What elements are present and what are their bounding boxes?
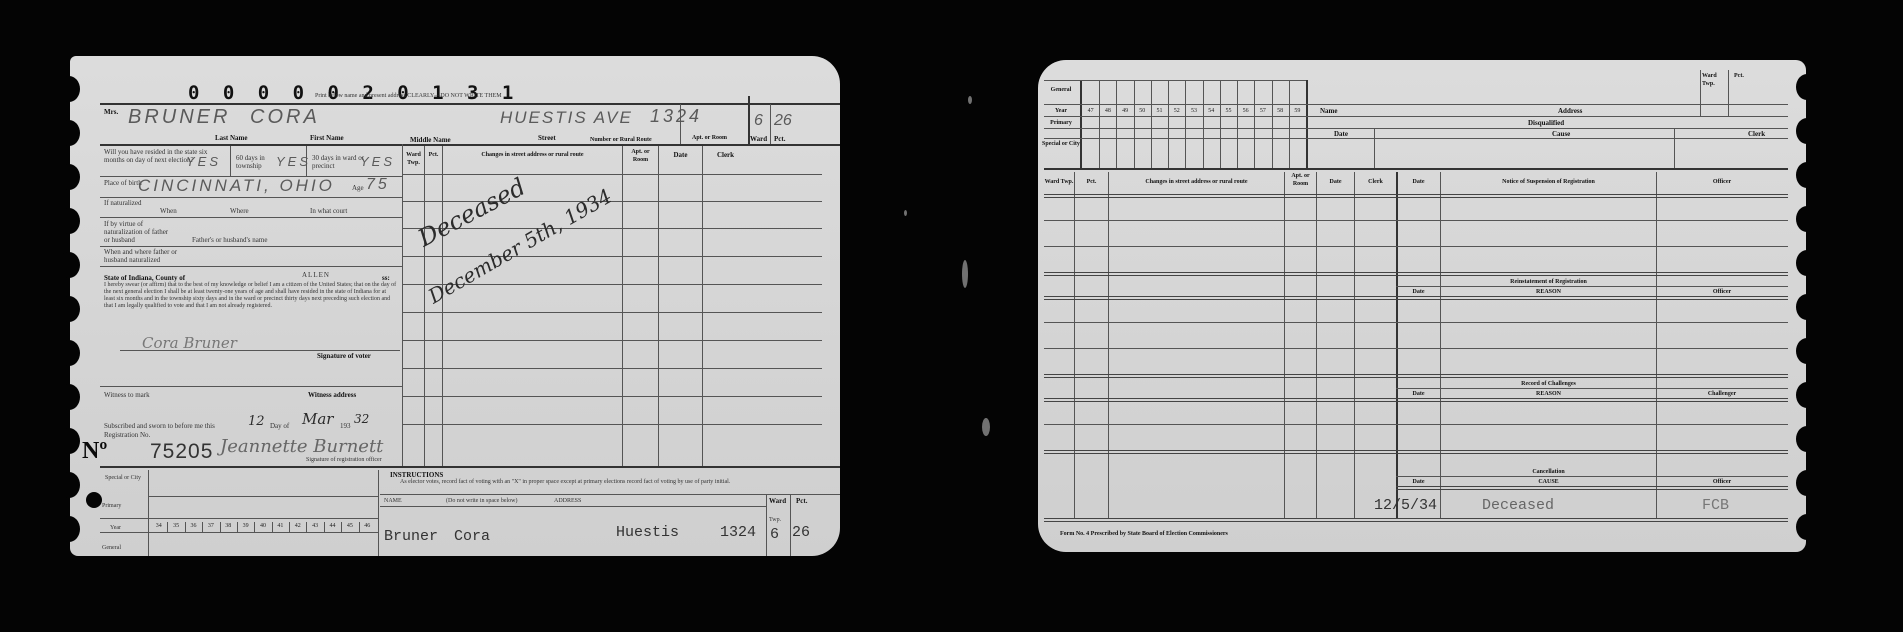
house-number-value: 1324	[650, 106, 702, 127]
instructions-twp-label: Twp.	[769, 516, 781, 524]
signature-line	[120, 350, 400, 351]
grid-column-line	[289, 522, 290, 532]
card-notch	[58, 120, 80, 146]
divider	[100, 266, 402, 267]
naturalized-where-label: Where	[230, 207, 249, 215]
title-prefix: Mrs.	[104, 108, 118, 116]
card-notch	[1796, 250, 1818, 276]
grid-column-line	[1168, 80, 1169, 168]
divider	[100, 217, 402, 218]
divider	[100, 532, 378, 533]
instructions-ward-label: Ward	[769, 497, 786, 505]
divider	[378, 470, 379, 556]
card-notch	[1796, 206, 1818, 232]
cancellation-header-date: Date	[1397, 478, 1440, 486]
grid-column-line	[1237, 80, 1238, 168]
card-notch	[58, 296, 80, 322]
pct-label: Pct.	[1734, 72, 1744, 80]
first-name-value: CORA	[250, 106, 320, 129]
card-notch	[1796, 382, 1818, 408]
ward-label: Ward	[750, 135, 767, 143]
last-name-value: BRUNER	[128, 106, 230, 129]
divider	[1396, 172, 1398, 518]
instructions-no-write: (Do not write in space below)	[446, 497, 517, 505]
header-instructions: Print below name and present address CLE…	[315, 92, 502, 100]
grid-column-line	[220, 522, 221, 532]
ward-twp-label: Ward Twp.	[1702, 72, 1726, 88]
divider	[1074, 172, 1075, 518]
number-mark: Nº	[82, 438, 107, 465]
instructions-name-label: NAME	[384, 497, 402, 505]
divider	[702, 146, 703, 466]
divider	[1396, 286, 1788, 287]
grid-column-line	[324, 522, 325, 532]
subscribed-month: Mar	[302, 410, 333, 428]
card-notch	[1796, 74, 1818, 100]
instructions-pct-label: Pct.	[796, 497, 807, 505]
changes-header-address: Changes in street address or rural route	[1109, 178, 1284, 186]
grid-label-special: Special or City	[100, 474, 146, 482]
divider	[1284, 172, 1285, 518]
divider	[148, 470, 149, 556]
age-value: 75	[366, 176, 390, 194]
dust-speck	[982, 418, 990, 436]
grid-column-line	[1185, 80, 1186, 168]
table-row-line	[402, 424, 822, 425]
changes-header-pct: Pct.	[1075, 178, 1108, 186]
table-row-line	[402, 174, 822, 175]
disqualified-clerk-label: Clerk	[1748, 130, 1765, 138]
grid-label-year: Year	[1042, 107, 1080, 115]
changes-header-date: Date	[659, 151, 702, 159]
ss-label: ss:	[382, 274, 390, 282]
grid-column-line	[1134, 80, 1135, 168]
challenges-header-reason: REASON	[1441, 390, 1656, 398]
grid-label-primary: Primary	[1042, 119, 1080, 127]
middle-name-label: Middle Name	[410, 136, 451, 144]
grid-label-primary: Primary	[102, 502, 121, 510]
table-row-line	[1044, 246, 1788, 247]
cancellation-title: Cancellation	[1441, 468, 1656, 476]
divider	[100, 144, 840, 146]
divider	[1354, 172, 1355, 518]
grid-column-line	[272, 522, 273, 532]
grid-column-line	[1203, 80, 1204, 168]
year-cell: 43	[306, 523, 323, 529]
instructions-text: As elector votes, record fact of voting …	[400, 479, 810, 486]
punch-hole	[86, 492, 102, 508]
divider	[1440, 172, 1441, 518]
grid-label-general: General	[1042, 86, 1080, 94]
divider	[1396, 486, 1788, 490]
number-label: Number or Rural Route	[590, 136, 652, 144]
changes-header-ward: Ward Twp.	[1044, 178, 1074, 186]
card-notch	[58, 76, 80, 102]
grid-column-line	[1272, 80, 1273, 168]
divider	[1044, 194, 1788, 198]
divider	[100, 386, 402, 387]
reinstatement-header-reason: REASON	[1441, 288, 1656, 296]
suspension-header-notice: Notice of Suspension of Registration	[1441, 178, 1656, 186]
divider	[148, 496, 378, 497]
divider	[1728, 70, 1729, 116]
registration-number: 75205	[150, 440, 213, 464]
virtue-label: If by virtue of naturalization of father…	[104, 220, 174, 244]
grid-column-line	[202, 522, 203, 532]
table-row-line	[1044, 220, 1788, 221]
divider	[658, 146, 659, 466]
card-notch	[1796, 426, 1818, 452]
card-notch	[58, 516, 80, 542]
dust-speck	[968, 96, 972, 104]
reinstatement-header-officer: Officer	[1657, 288, 1787, 296]
divider	[1674, 128, 1675, 168]
address-label: Address	[1558, 107, 1582, 115]
divider	[442, 146, 443, 466]
subscribed-day: 12	[248, 414, 265, 429]
oath-text: I hereby swear (or affirm) that to the b…	[104, 282, 398, 310]
pct-value: 26	[774, 112, 792, 130]
divider	[100, 518, 378, 519]
divider	[1374, 128, 1375, 168]
divider	[1396, 388, 1788, 389]
naturalized-court-label: In what court	[310, 207, 347, 215]
typed-ward: 6	[770, 526, 779, 543]
divider	[100, 246, 402, 247]
suspension-header-date: Date	[1397, 178, 1440, 186]
table-row-line	[402, 312, 822, 313]
cancellation-cause: Deceased	[1482, 497, 1554, 514]
changes-header-ward: Ward Twp.	[403, 151, 424, 167]
table-row-line	[1044, 348, 1788, 349]
table-row-line	[402, 340, 822, 341]
grid-column-line	[1220, 80, 1221, 168]
grid-column-line	[167, 522, 168, 532]
card-notch	[58, 164, 80, 190]
signature-label: Signature of voter	[317, 352, 371, 360]
divider	[230, 146, 231, 176]
ward-residency-answer: YES	[360, 154, 395, 169]
naturalized-label: If naturalized	[104, 199, 154, 207]
birth-value: CINCINNATI, OHIO	[138, 176, 335, 196]
card-notch	[58, 208, 80, 234]
name-label: Name	[1320, 107, 1338, 115]
grid-column-line	[237, 522, 238, 532]
state-residency-answer: YES	[186, 154, 221, 169]
typed-last-name: Bruner	[384, 528, 438, 545]
typed-first-name: Cora	[454, 528, 490, 545]
registration-number-label: Registration No.	[104, 431, 150, 439]
grid-column-line	[341, 522, 342, 532]
changes-header-address: Changes in street address or rural route	[443, 151, 622, 159]
card-notch	[58, 252, 80, 278]
subscribed-year: 32	[354, 412, 369, 426]
divider	[380, 494, 840, 495]
last-name-label: Last Name	[215, 134, 247, 142]
divider	[100, 197, 402, 198]
divider	[100, 466, 840, 468]
subscribed-label: Subscribed and sworn to before me this	[104, 422, 215, 430]
pct-label: Pct.	[774, 135, 785, 143]
divider	[1044, 296, 1788, 300]
disqualified-cause-label: Cause	[1552, 130, 1570, 138]
divider	[766, 494, 767, 556]
age-label: Age	[352, 184, 364, 192]
table-row-line	[402, 396, 822, 397]
card-notch	[58, 428, 80, 454]
divider	[790, 494, 791, 556]
table-row-line	[1044, 322, 1788, 323]
grid-label-year: Year	[110, 524, 121, 532]
changes-header-apt: Apt. or Room	[623, 148, 658, 164]
divider	[1044, 272, 1788, 276]
challenges-header-challenger: Challenger	[1657, 390, 1787, 398]
disqualified-date-label: Date	[1334, 130, 1348, 138]
challenges-title: Record of Challenges	[1441, 380, 1656, 388]
divider	[402, 144, 403, 466]
registration-officer-label: Signature of registration officer	[306, 456, 382, 464]
grid-label-general: General	[102, 544, 121, 552]
changes-header-apt: Apt. or Room	[1285, 172, 1316, 188]
divider	[770, 104, 771, 144]
changes-header-pct: Pct.	[425, 151, 442, 159]
grid-column-line	[1116, 80, 1117, 168]
card-notch	[1796, 162, 1818, 188]
grid-column-line	[306, 522, 307, 532]
divider	[1316, 172, 1317, 518]
grid-column-line	[1289, 80, 1290, 168]
card-notch	[58, 340, 80, 366]
grid-column-line	[1099, 80, 1100, 168]
year-cell: 46	[359, 523, 376, 529]
divider	[380, 506, 766, 507]
year-row: 34353637383940414243444546	[150, 522, 376, 532]
year-cell: 35	[167, 523, 184, 529]
card-notch	[1796, 294, 1818, 320]
cancellation-header-officer: Officer	[1657, 478, 1787, 486]
divider	[622, 146, 623, 466]
challenges-header-date: Date	[1397, 390, 1440, 398]
divider	[1044, 398, 1788, 402]
year-cell: 44	[324, 523, 341, 529]
divider	[1044, 518, 1788, 522]
registration-card-back: General Year Primary Special or City 474…	[1038, 60, 1806, 552]
year-cell: 38	[220, 523, 237, 529]
typed-house-number: 1324	[720, 524, 756, 541]
card-notch	[1796, 118, 1818, 144]
cancellation-date: 12/5/34	[1374, 497, 1437, 514]
street-value: HUESTIS AVE	[500, 108, 633, 128]
divider	[1700, 70, 1701, 116]
cancellation-header-cause: CAUSE	[1441, 478, 1656, 486]
witness-mark-label: Witness to mark	[104, 391, 150, 399]
year-cell: 40	[254, 523, 271, 529]
card-notch	[58, 384, 80, 410]
registration-card-front: 0 0 0 0 0 2 0 1 3 1 Print below name and…	[70, 56, 840, 556]
divider	[1656, 172, 1657, 518]
table-row-line	[402, 368, 822, 369]
year-cell: 36	[185, 523, 202, 529]
witness-address-label: Witness address	[308, 391, 356, 399]
dust-speck	[962, 260, 968, 288]
day-of-label: Day of	[270, 422, 289, 430]
reinstatement-title: Reinstatement of Registration	[1441, 278, 1656, 286]
card-notch	[1796, 470, 1818, 496]
year-cell: 45	[341, 523, 358, 529]
grid-label-special: Special or City	[1042, 140, 1080, 148]
naturalized-when-label: When	[160, 207, 177, 215]
grid-column-line	[185, 522, 186, 532]
grid-column-line	[1254, 80, 1255, 168]
grid-column-line	[359, 522, 360, 532]
divider	[100, 103, 840, 105]
card-notch	[1796, 338, 1818, 364]
year-cell: 42	[289, 523, 306, 529]
cancellation-officer: FCB	[1702, 497, 1729, 514]
divider	[1044, 374, 1788, 378]
divider	[680, 104, 681, 144]
father-husband-name-label: Father's or husband's name	[192, 236, 267, 244]
registration-officer-signature: Jeannette Burnett	[220, 436, 383, 457]
divider	[1044, 168, 1788, 170]
divider	[1306, 80, 1308, 170]
dust-speck	[904, 210, 907, 216]
divider	[1396, 476, 1788, 477]
disqualified-label: Disqualified	[1528, 119, 1564, 127]
suspension-header-officer: Officer	[1657, 178, 1787, 186]
father-naturalized-label: When and where father or husband natural…	[104, 248, 194, 264]
street-label: Street	[538, 134, 556, 142]
year-cell: 41	[272, 523, 289, 529]
ward-value: 6	[754, 112, 763, 130]
instructions-address-label: ADDRESS	[554, 497, 581, 505]
table-row-line	[402, 256, 822, 257]
table-row-line	[1044, 424, 1788, 425]
apt-label: Apt. or Room	[692, 134, 727, 142]
card-notch	[58, 472, 80, 498]
state-county-label: State of Indiana, County of	[104, 274, 185, 282]
first-name-label: First Name	[310, 134, 344, 142]
divider	[1108, 172, 1109, 518]
typed-street: Huestis	[616, 524, 679, 541]
year-cell: 39	[237, 523, 254, 529]
year-cell: 34	[150, 523, 167, 529]
county-value: ALLEN	[302, 271, 330, 279]
year-prefix-label: 193	[340, 422, 351, 430]
changes-header-date: Date	[1317, 178, 1354, 186]
year-cell: 37	[202, 523, 219, 529]
typed-pct: 26	[792, 524, 810, 541]
changes-header-clerk: Clerk	[1355, 178, 1396, 186]
grid-columns	[1082, 80, 1306, 168]
grid-column-line	[1151, 80, 1152, 168]
form-footer: Form No. 4 Prescribed by State Board of …	[1060, 530, 1228, 538]
reinstatement-header-date: Date	[1397, 288, 1440, 296]
divider	[424, 146, 425, 466]
divider	[306, 146, 307, 176]
divider	[1044, 450, 1788, 454]
card-notch	[1796, 514, 1818, 540]
instructions-title: INSTRUCTIONS	[390, 471, 443, 479]
changes-header-clerk: Clerk	[703, 151, 748, 159]
grid-column-line	[254, 522, 255, 532]
